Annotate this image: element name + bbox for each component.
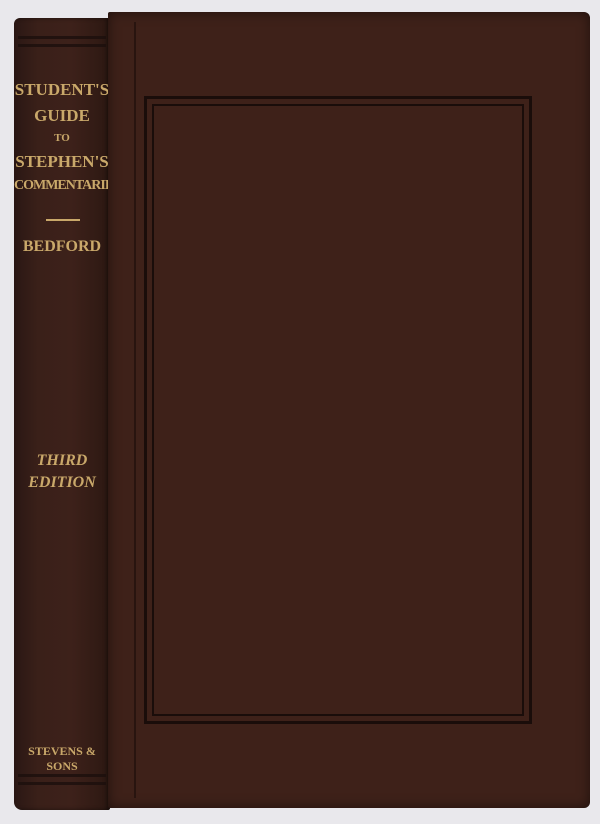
book-front-cover: [108, 12, 590, 808]
spine-edition-line-2: EDITION: [14, 474, 110, 492]
spine-title-line-5: COMMENTARIES: [14, 178, 110, 194]
cover-hinge-line: [134, 22, 136, 798]
book-spine: STUDENT'S GUIDE TO STEPHEN'S COMMENTARIE…: [14, 18, 110, 810]
spine-title-line-3: TO: [14, 132, 110, 144]
spine-title-line-4: STEPHEN'S: [14, 152, 110, 172]
spine-title-line-1: STUDENT'S: [14, 80, 110, 100]
cover-blind-frame-inner: [152, 104, 524, 716]
spine-gilt-rule: [46, 219, 80, 221]
book: STUDENT'S GUIDE TO STEPHEN'S COMMENTARIE…: [14, 12, 590, 812]
spine-author: BEDFORD: [14, 238, 110, 256]
spine-title-line-2: GUIDE: [14, 106, 110, 126]
spine-edition-line-1: THIRD: [14, 452, 110, 470]
spine-publisher: STEVENS & SONS: [14, 744, 110, 774]
